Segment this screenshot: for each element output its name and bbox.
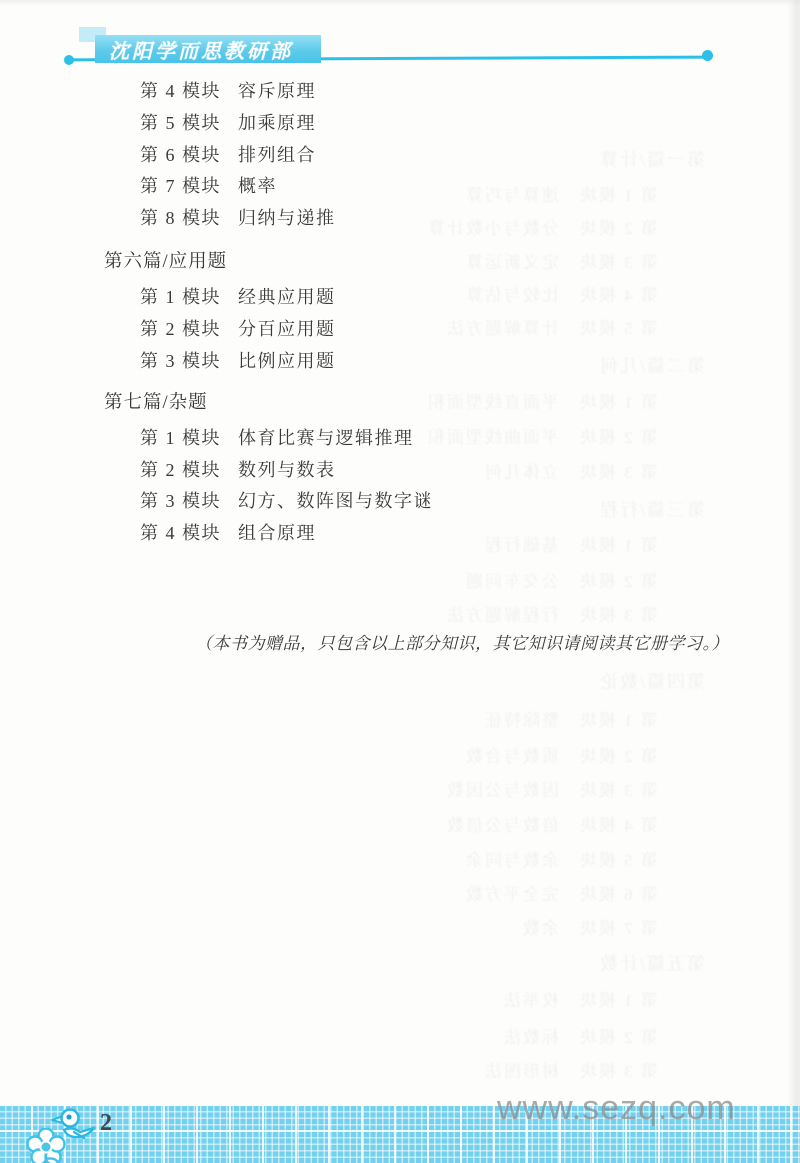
toc-module-row: 第 4 模块 组合原理 <box>0 519 800 545</box>
module-title: 组合原理 <box>238 519 316 545</box>
department-banner: 沈阳学而思教研部 <box>95 35 321 63</box>
bleed-through-line: 第 7 模块 余数 <box>521 914 658 939</box>
bleed-through-line: 第五篇/计数 <box>598 950 705 976</box>
scan-edge-top <box>0 0 800 6</box>
toc-module-row: 第 2 模块 分百应用题 <box>0 315 800 341</box>
toc-module-row: 第 1 模块 体育比赛与逻辑推理 <box>0 424 800 450</box>
module-title: 排列组合 <box>238 141 316 167</box>
module-number: 第 4 模块 <box>140 77 221 103</box>
module-number: 第 4 模块 <box>140 519 221 545</box>
section-title: 第七篇/杂题 <box>104 393 208 413</box>
module-number: 第 5 模块 <box>140 109 221 135</box>
bleed-through-line: 第 2 模块 标数法 <box>502 1023 658 1048</box>
module-title: 数列与数表 <box>238 456 336 482</box>
toc-module-row: 第 6 模块 排列组合 <box>0 141 800 167</box>
toc-module-row: 第 8 模块 归纳与递推 <box>0 204 800 230</box>
flower-icon <box>22 1128 86 1163</box>
module-title: 比例应用题 <box>238 347 336 373</box>
toc-section-header: 第七篇/杂题 <box>0 388 800 414</box>
module-number: 第 3 模块 <box>140 487 221 513</box>
module-title: 概率 <box>238 172 277 198</box>
module-title: 加乘原理 <box>238 109 316 135</box>
module-number: 第 6 模块 <box>140 141 221 167</box>
bleed-through-line: 第 4 模块 倍数与公倍数 <box>445 811 658 836</box>
module-number: 第 8 模块 <box>140 204 221 230</box>
watermark-text: www.sezq.com <box>497 1089 736 1128</box>
page-number: 2 <box>100 1110 112 1137</box>
bleed-through-line: 第 1 模块 枚举法 <box>502 986 658 1011</box>
toc-module-row: 第 3 模块 比例应用题 <box>0 347 800 373</box>
department-name: 沈阳学而思教研部 <box>109 35 293 64</box>
module-number: 第 2 模块 <box>140 456 221 482</box>
toc-section-header: 第六篇/应用题 <box>0 247 800 273</box>
bleed-through-line: 第四篇/数论 <box>598 668 705 694</box>
header-rule-right-dot <box>702 50 713 61</box>
module-title: 分百应用题 <box>238 315 336 341</box>
bleed-through-line: 第 1 模块 整除特征 <box>483 706 658 731</box>
module-number: 第 1 模块 <box>140 283 221 309</box>
toc-module-row: 第 4 模块 容斥原理 <box>0 77 800 103</box>
module-title: 体育比赛与逻辑推理 <box>238 424 414 450</box>
module-number: 第 7 模块 <box>140 172 221 198</box>
module-number: 第 2 模块 <box>140 315 221 341</box>
module-title: 经典应用题 <box>238 283 336 309</box>
bleed-through-line: 第 3 模块 行程解题方法 <box>445 601 658 626</box>
section-title: 第六篇/应用题 <box>104 252 227 272</box>
bleed-through-line: 第 3 模块 因数与公因数 <box>445 776 658 801</box>
bleed-through-line: 第 2 模块 公交车问题 <box>464 567 658 592</box>
toc-module-row: 第 7 模块 概率 <box>0 172 800 198</box>
bleed-through-line: 第 6 模块 完全平方数 <box>464 880 658 905</box>
bleed-through-line: 第 5 模块 余数与同余 <box>464 846 658 871</box>
module-number: 第 1 模块 <box>140 424 221 450</box>
module-title: 容斥原理 <box>238 77 316 103</box>
gift-note: （本书为赠品，只包含以上部分知识，其它知识请阅读其它册学习。） <box>195 629 725 654</box>
bleed-through-line: 第 2 模块 质数与合数 <box>464 742 658 767</box>
toc-module-row: 第 2 模块 数列与数表 <box>0 456 800 482</box>
toc-module-row: 第 1 模块 经典应用题 <box>0 283 800 309</box>
bleed-through-line: 第 3 模块 树形图法 <box>483 1057 658 1082</box>
toc-module-row: 第 5 模块 加乘原理 <box>0 109 800 135</box>
toc-module-row: 第 3 模块 幻方、数阵图与数字谜 <box>0 487 800 513</box>
scanned-page: 第一篇/计算第 1 模块 速算与巧算第 2 模块 分数与小数计算第 3 模块 定… <box>0 0 800 1163</box>
module-title: 幻方、数阵图与数字谜 <box>238 487 433 513</box>
module-title: 归纳与递推 <box>238 204 336 230</box>
module-number: 第 3 模块 <box>140 347 221 373</box>
